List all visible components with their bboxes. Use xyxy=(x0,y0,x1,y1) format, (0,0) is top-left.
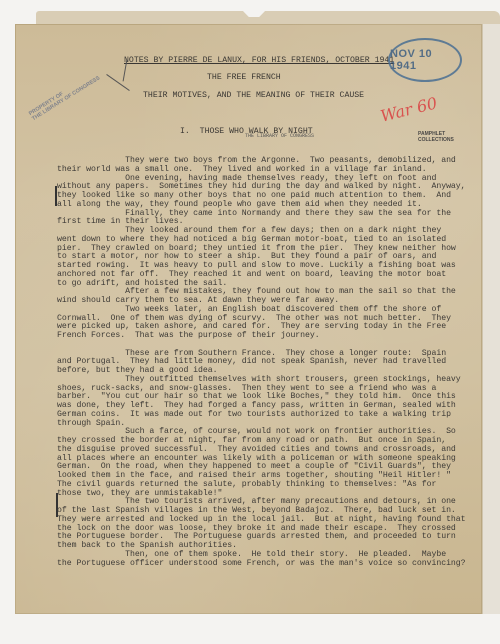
document-subtitle: THEIR MOTIVES, AND THE MEANING OF THEIR … xyxy=(143,91,364,100)
folder-notch xyxy=(241,9,267,17)
date-received-stamp: NOV 10 1941 xyxy=(388,38,462,82)
body-line: the Portuguese officer understood some F… xyxy=(57,560,466,569)
date-stamp-text: NOV 10 1941 xyxy=(390,48,460,72)
pamphlet-collections-stamp: PAMPHLET COLLECTIONS xyxy=(418,131,454,143)
document-title: THE FREE FRENCH xyxy=(207,73,281,82)
overlay-stamp: THE LIBRARY OF CONGRESS xyxy=(245,133,314,139)
body-line: French Forces. That was the purpose of t… xyxy=(57,332,466,341)
document-body: They were two boys from the Argonne. Two… xyxy=(57,157,466,568)
document-header-line: NOTES BY PIERRE DE LANUX, FOR HIS FRIEND… xyxy=(124,56,394,65)
page-edge xyxy=(482,24,500,614)
